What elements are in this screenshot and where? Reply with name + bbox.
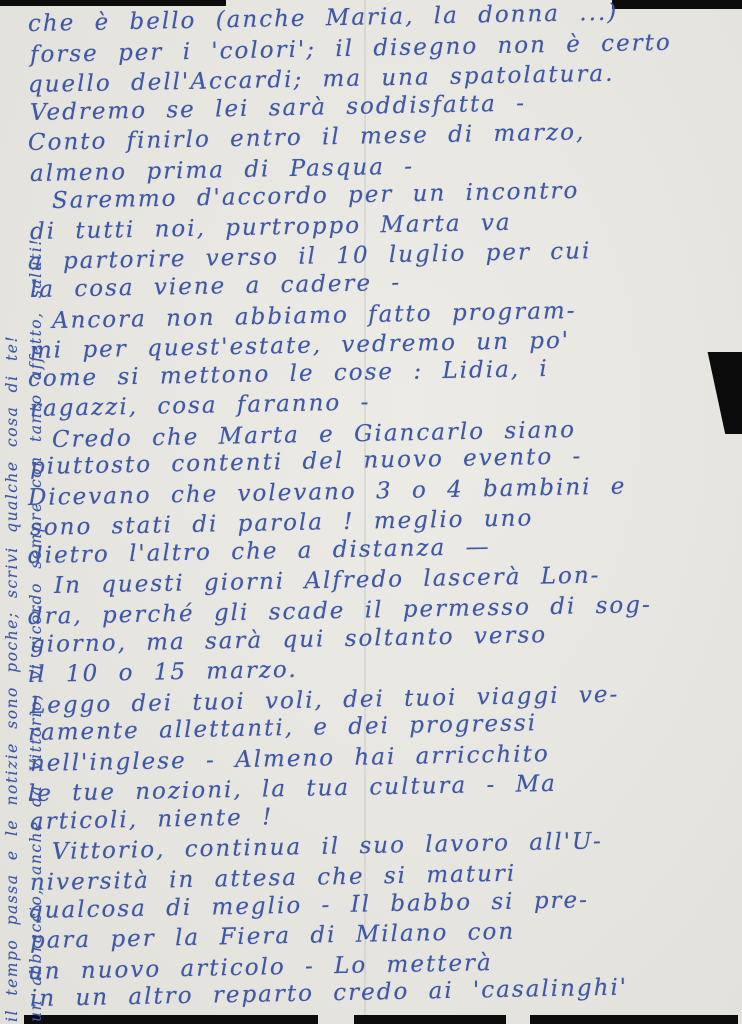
handwriting-line: ragazzi, cosa faranno - bbox=[30, 389, 371, 425]
handwriting-line: il 10 o 15 marzo. bbox=[28, 656, 298, 690]
letter-page: il tempo passa e le notizie sono poche; … bbox=[0, 0, 742, 1024]
handwriting-line: articoli, niente ! bbox=[30, 803, 274, 837]
letter-body: che è bello (anche Maria, la donna ...)f… bbox=[0, 0, 742, 1024]
handwriting-line: la cosa viene a cadere - bbox=[30, 269, 402, 305]
